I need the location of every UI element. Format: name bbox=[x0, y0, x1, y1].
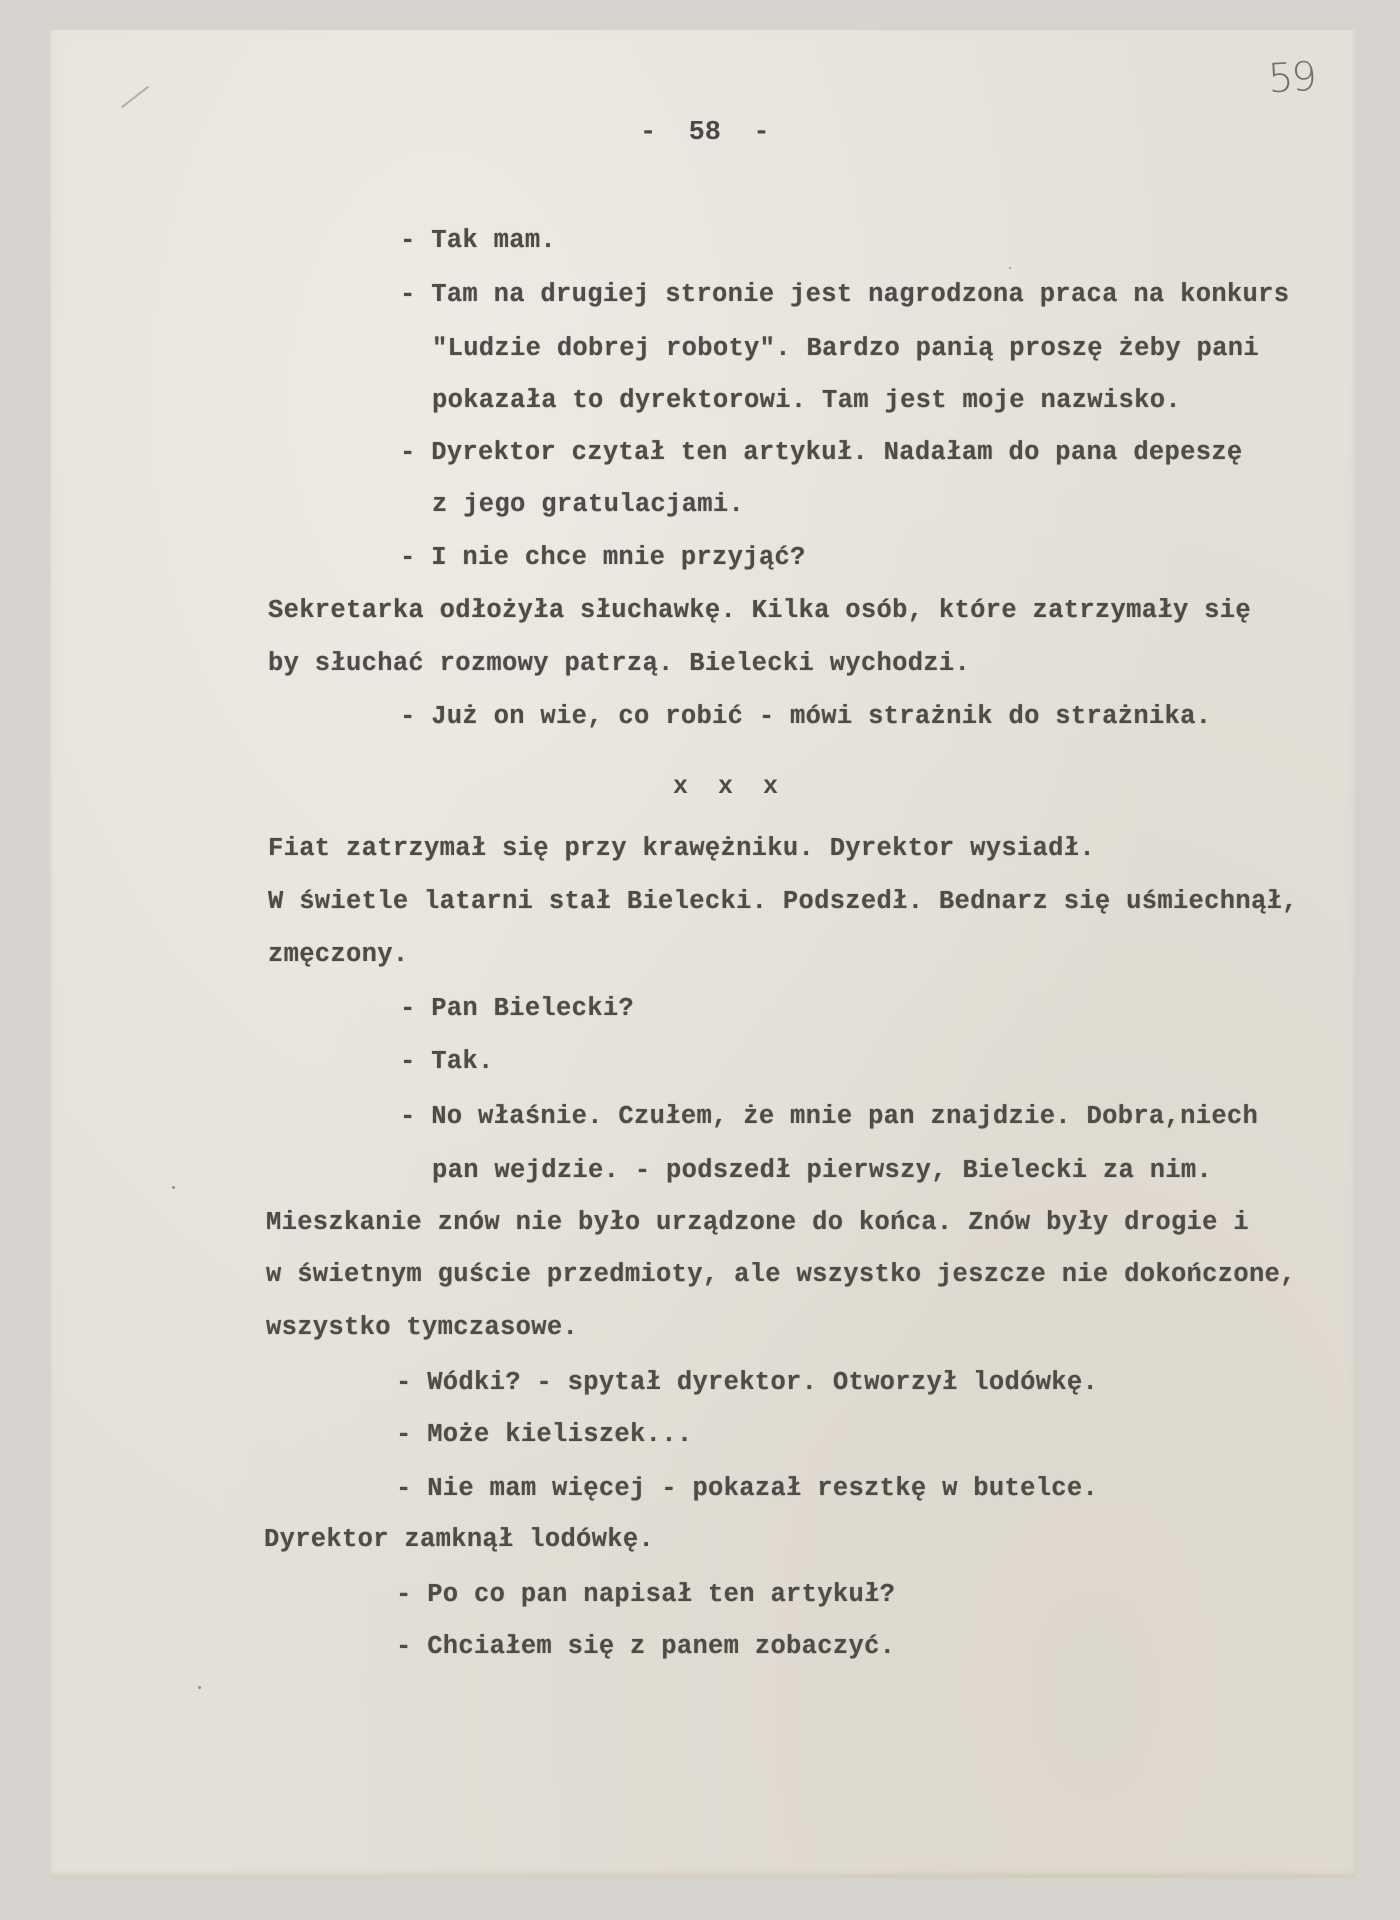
text-line: - Tak mam. bbox=[400, 226, 556, 255]
text-line: - Może kieliszek... bbox=[396, 1420, 692, 1449]
text-line: - I nie chce mnie przyjąć? bbox=[400, 543, 806, 572]
text-line: pokazała to dyrektorowi. Tam jest moje n… bbox=[432, 386, 1181, 415]
text-line: pan wejdzie. - podszedł pierwszy, Bielec… bbox=[432, 1156, 1212, 1185]
text-line: Dyrektor zamknął lodówkę. bbox=[264, 1525, 654, 1554]
text-line: - No właśnie. Czułem, że mnie pan znajdz… bbox=[400, 1102, 1258, 1131]
text-line: - Tak. bbox=[400, 1047, 494, 1076]
paper-speck bbox=[198, 1686, 201, 1689]
paper-speck bbox=[172, 1186, 175, 1189]
text-line: Fiat zatrzymał się przy krawężniku. Dyre… bbox=[268, 834, 1095, 863]
typed-page-number: - 58 - bbox=[640, 118, 770, 148]
text-line: zmęczony. bbox=[268, 940, 408, 969]
text-line: - Już on wie, co robić - mówi strażnik d… bbox=[400, 702, 1211, 731]
text-line: - Pan Bielecki? bbox=[400, 994, 634, 1023]
text-line: - Nie mam więcej - pokazał resztkę w but… bbox=[396, 1474, 1098, 1503]
handwritten-page-number: 59 bbox=[1267, 54, 1316, 102]
text-line: - Wódki? - spytał dyrektor. Otworzył lod… bbox=[396, 1368, 1098, 1397]
text-line: Mieszkanie znów nie było urządzone do ko… bbox=[266, 1208, 1249, 1237]
text-line: by słuchać rozmowy patrzą. Bielecki wych… bbox=[268, 649, 970, 678]
text-line: wszystko tymczasowe. bbox=[266, 1313, 578, 1342]
text-line: Sekretarka odłożyła słuchawkę. Kilka osó… bbox=[268, 596, 1251, 625]
text-line: "Ludzie dobrej roboty". Bardzo panią pro… bbox=[432, 334, 1259, 363]
text-line: W świetle latarni stał Bielecki. Podszed… bbox=[268, 887, 1298, 916]
paper-speck bbox=[1009, 267, 1011, 269]
text-line: z jego gratulacjami. bbox=[432, 490, 744, 519]
text-line: - Dyrektor czytał ten artykuł. Nadałam d… bbox=[400, 438, 1243, 467]
section-separator: x x x bbox=[673, 772, 778, 801]
text-line: - Chciałem się z panem zobaczyć. bbox=[396, 1632, 895, 1661]
text-line: - Tam na drugiej stronie jest nagrodzona… bbox=[400, 280, 1289, 309]
text-line: - Po co pan napisał ten artykuł? bbox=[396, 1580, 895, 1609]
text-line: w świetnym guście przedmioty, ale wszyst… bbox=[266, 1260, 1296, 1289]
